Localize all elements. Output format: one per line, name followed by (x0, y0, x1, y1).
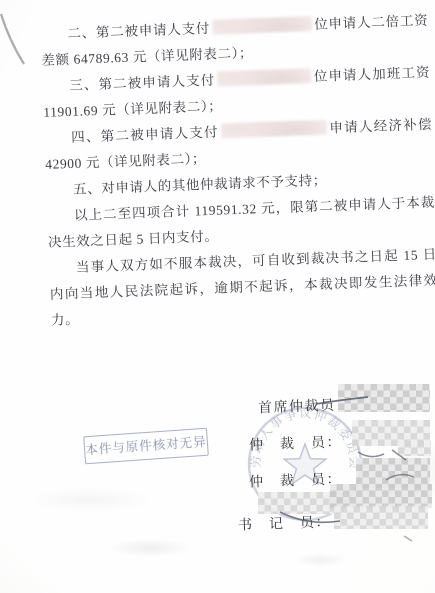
redaction-mosaic (398, 441, 431, 456)
paragraph-text: 四、第二被申请人支付 (71, 125, 219, 145)
paragraph-appeal-notice: 当事人双方如不服本裁决，可自收到裁决书之日起 15 日内向当地人民法院起诉，逾期… (49, 242, 435, 334)
arbitrator-label-1: 仲 裁 员： (249, 431, 343, 454)
arbitrator-label-2: 仲 裁 员： (249, 468, 343, 491)
ruling-body-text: 二、第二被申请人支付位申请人二倍工资差额 64789.63 元（详见附表二）； … (40, 8, 435, 334)
paragraph-text: 五、对申请人的其他仲裁请求不予支持； (73, 173, 327, 197)
redaction-blur (217, 68, 311, 86)
paragraph-text: 三、第二被申请人支付 (69, 73, 216, 93)
redaction-blur (220, 120, 326, 139)
redaction-mosaic (334, 506, 428, 529)
chief-arbitrator-label: 首席仲裁员 (258, 395, 336, 418)
copy-verification-stamp: 本件与原件核对无异 (83, 428, 209, 465)
paragraph-text: 以上二至四项合计 119591.32 元，限第二被申请人于本裁决生效之日起 5 … (48, 195, 435, 250)
paragraph-text: 当事人双方如不服本裁决，可自收到裁决书之日起 15 日内向当地人民法院起诉，逾期… (50, 247, 435, 328)
scanned-document-page: 二、第二被申请人支付位申请人二倍工资差额 64789.63 元（详见附表二）； … (0, 0, 435, 593)
clerk-label: 书 记 员： (238, 511, 332, 534)
redaction-mosaic (338, 384, 430, 412)
scan-corner-artifact (0, 0, 40, 80)
paragraph-text: 二、第二被申请人支付 (67, 21, 210, 41)
redaction-blur (212, 16, 312, 35)
redaction-mosaic (330, 484, 432, 508)
